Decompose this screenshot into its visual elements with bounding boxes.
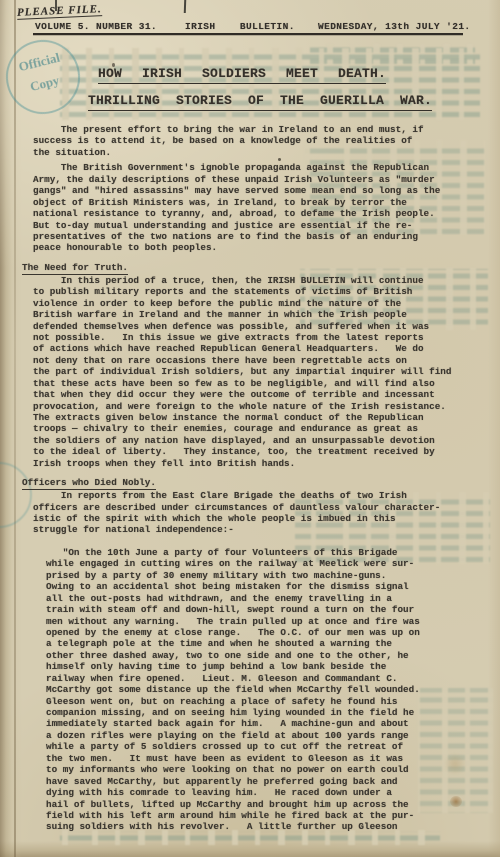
stain-spot	[450, 796, 462, 807]
partial-stamp-arc	[0, 462, 32, 528]
ink-speck	[112, 63, 115, 67]
text-line: dying with his comrade to leaving him. H…	[46, 787, 478, 798]
masthead-underline	[33, 33, 463, 35]
text-line: Owing to an accidental shot being mistak…	[46, 581, 478, 592]
text-line: not possible. In this issue we give extr…	[33, 332, 478, 343]
text-line: prised by a party of 30 enemy military w…	[46, 570, 478, 581]
text-line: a telegraph pole at the time and when he…	[46, 638, 478, 649]
text-line: Irish troops when they fell into British…	[33, 458, 478, 469]
text-line: all the out-posts had withdrawn, and the…	[46, 593, 478, 604]
text-line: immediately started back again for him. …	[46, 718, 478, 729]
text-line: to my informants who were looking on tha…	[46, 764, 478, 775]
headline: HOW IRISH SOLDIERS MEET DEATH.	[98, 66, 386, 84]
text-line: troops — chivalry to their enemies, cour…	[33, 423, 478, 434]
pen-tick-mark	[184, 0, 186, 13]
text-line: success is to attend it, be based on a k…	[33, 135, 478, 146]
document-body: The present effort to bring the war in I…	[33, 124, 478, 833]
masthead-volume: VOLUME 5. NUMBER 31.	[35, 21, 157, 32]
text-line: while a party of 5 soldiers crossed up t…	[46, 741, 478, 752]
text-line: that when they did occur they were the o…	[33, 389, 478, 400]
masthead-title: IRISH BULLETIN.	[185, 21, 295, 32]
text-line: In this period of a truce, then, the IRI…	[33, 275, 478, 286]
page-crease	[14, 0, 16, 857]
text-line: while engaged in cutting wires on the ra…	[46, 558, 478, 569]
text-line: national resistance to tyranny, and, abr…	[33, 208, 478, 219]
text-line: "On the 10th June a party of four Volunt…	[46, 547, 478, 558]
text-line: the part of individual Irish soldiers, b…	[33, 366, 478, 377]
text-line: In reports from the East Clare Brigade t…	[33, 490, 478, 501]
text-line: officers are described under circumstanc…	[33, 502, 478, 513]
text-line: istic of the spirit with which the whole…	[33, 513, 478, 524]
text-line: himself only having time to jump behind …	[46, 661, 478, 672]
text-line: the situation.	[33, 147, 478, 158]
text-block: The present effort to bring the war in I…	[33, 124, 478, 158]
subheadline: THRILLING STORIES OF THE GUERILLA WAR.	[88, 93, 432, 111]
text-line: defended themselves when defence was pos…	[33, 321, 478, 332]
text-line: of actions which have reached Republican…	[33, 343, 478, 354]
text-line: The present effort to bring the war in I…	[33, 124, 478, 135]
stain-spot	[443, 754, 467, 774]
text-block: In reports from the East Clare Brigade t…	[33, 490, 478, 536]
text-block: In this period of a truce, then, the IRI…	[33, 275, 478, 469]
document-page: Official Copy PLEASE FILE. VOLUME 5. NUM…	[0, 0, 500, 857]
text-line: train with steam off and down-hill, swep…	[46, 604, 478, 615]
text-line: The extracts given below instance the no…	[33, 412, 478, 423]
text-line: British warfare in Ireland and the manne…	[33, 309, 478, 320]
text-line: provocation, and were foreign to the who…	[33, 401, 478, 412]
text-line: peace honourable to both peoples.	[33, 242, 478, 253]
text-line: opened by the enemy at close range. The …	[46, 627, 478, 638]
text-line: to the ideal of liberty. They instance, …	[33, 446, 478, 457]
text-line: the two men. It must have been as eviden…	[46, 753, 478, 764]
text-line: object of British Ministers was, in Irel…	[33, 197, 478, 208]
text-line: gangs" and "hired assassins" may have se…	[33, 185, 478, 196]
text-block: "On the 10th June a party of four Volunt…	[46, 547, 478, 833]
text-line: a dozen rifles were playing on the field…	[46, 730, 478, 741]
text-line: hail of bullets, lifted up McCarthy and …	[46, 799, 478, 810]
section-heading: The Need for Truth.	[22, 262, 128, 275]
masthead-date: WEDNESDAY, 13th JULY '21.	[318, 21, 471, 32]
pen-tick-mark	[55, 0, 57, 11]
handwritten-file-note: PLEASE FILE.	[17, 3, 102, 20]
text-line: that these acts have been so few as to b…	[33, 378, 478, 389]
text-line: violence in order to keep before the pub…	[33, 298, 478, 309]
text-line: field with his left arm around him while…	[46, 810, 478, 821]
text-line: McCarthy got some distance up the field …	[46, 684, 478, 695]
text-line: struggle for national independence:-	[33, 524, 478, 535]
text-line: companion missing, and on seeing him lyi…	[46, 707, 478, 718]
text-line: Gleeson went on, but on reaching a place…	[46, 696, 478, 707]
text-line: presentatives of the two nations are to …	[33, 231, 478, 242]
text-line: But to-day mutual understanding and just…	[33, 220, 478, 231]
text-line: Army, the daily descriptions of these un…	[33, 174, 478, 185]
text-line: men without any warning. The train pulle…	[46, 616, 478, 627]
text-line: not deny that on rare occasions there ha…	[33, 355, 478, 366]
text-line: the soldiers of any nation have displaye…	[33, 435, 478, 446]
text-block: The British Government's ignoble propaga…	[33, 162, 478, 254]
text-line: The British Government's ignoble propaga…	[33, 162, 478, 173]
text-line: to publish military reports and the stat…	[33, 286, 478, 297]
text-line: have saved McCarthy, but apparently he p…	[46, 776, 478, 787]
text-line: railway when fire opened. Lieut. M. Glee…	[46, 673, 478, 684]
section-heading: Officers who Died Nobly.	[22, 477, 156, 490]
text-line: suing soldiers with his revolver. A litt…	[46, 821, 478, 832]
ink-speck	[278, 158, 281, 161]
text-line: other three dashed away, two to one side…	[46, 650, 478, 661]
